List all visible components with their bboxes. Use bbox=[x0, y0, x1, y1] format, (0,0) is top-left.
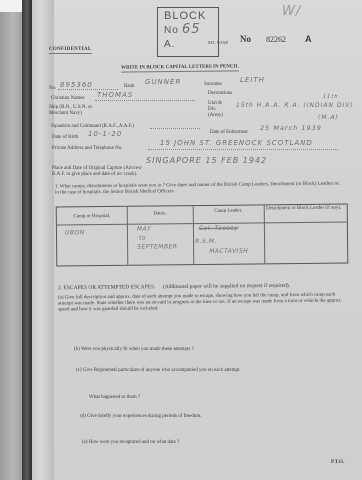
decorations-label: Decorations bbox=[208, 91, 232, 97]
block-number: 65 bbox=[182, 22, 201, 37]
enlistment-note: (M.A) bbox=[318, 114, 339, 121]
row-date-end: SEPTEMBER bbox=[137, 243, 178, 250]
surname-value: LEITH bbox=[240, 76, 265, 84]
classification: CONFIDENTIAL bbox=[49, 47, 92, 54]
corner-mark: W/ bbox=[282, 4, 301, 19]
camps-table: Camp or Hospital. Dates. Camp Leader. De… bbox=[56, 203, 349, 266]
row-leader-rank: R.S.M. bbox=[195, 238, 217, 245]
block-stamp: BLOCK No A. 65 bbox=[157, 7, 219, 57]
surname-label: Surname bbox=[204, 82, 222, 88]
address-label: Private Address and Telephone No. bbox=[52, 146, 123, 152]
enlistment-value: 25 March 1939 bbox=[260, 124, 322, 132]
pto-label: P.T.O. bbox=[331, 460, 344, 466]
escape-question-c2: What happened to them ? bbox=[89, 395, 140, 401]
section2-title: 2. ESCAPES OR ATTEMPTED ESCAPES. bbox=[58, 284, 156, 291]
unit-value: 15th H.A.A. R.A. (INDIAN DIV) bbox=[236, 102, 354, 109]
escape-question-c: (c) Give Regimental particulars of anyon… bbox=[76, 368, 241, 374]
binder-fold bbox=[32, 0, 54, 480]
row-leader-name: MACTAVISH bbox=[209, 248, 248, 255]
row-leader-struck: Col. Toosey bbox=[199, 225, 239, 232]
unit-label: Unit & Div. (Army) bbox=[208, 101, 230, 119]
escape-question-e: (e) How were you recaptured and on what … bbox=[82, 440, 179, 446]
dob-label: Date of Birth bbox=[52, 135, 78, 141]
number-label: No bbox=[240, 36, 251, 42]
form-suffix: A bbox=[305, 36, 312, 42]
form-code: M.I. 9/JAP. bbox=[208, 40, 229, 46]
escape-question-b: (b) Were you physically fit when you mad… bbox=[74, 347, 194, 353]
row-camp: UBON bbox=[65, 229, 85, 236]
no-label: No. bbox=[49, 86, 56, 92]
escape-question-d: (d) Give briefly your experiences during… bbox=[80, 414, 201, 420]
instruction: WRITE IN BLOCK CAPITAL LETTERS IN PENCIL bbox=[121, 64, 239, 72]
rank-value: GUNNER bbox=[145, 78, 181, 86]
col-header-camp: Camp or Hospital. bbox=[57, 214, 127, 220]
christian-names-value: THOMAS bbox=[97, 91, 133, 99]
address-value: 15 JOHN ST. GREENOCK SCOTLAND bbox=[160, 139, 313, 147]
left-page-edge bbox=[0, 0, 22, 480]
rank-label: Rank bbox=[124, 84, 135, 90]
capture-label: Place and Date of Original Capture (Airc… bbox=[52, 166, 142, 178]
unit-superscript: 11th bbox=[323, 94, 339, 100]
row-date-start: MAY bbox=[137, 226, 152, 233]
ship-label: Ship (R.N., U.S.N. or Merchant Navy) bbox=[49, 105, 97, 117]
col-header-dates: Dates. bbox=[127, 211, 193, 217]
no-value: 895360 bbox=[60, 81, 93, 89]
escape-question-a: (a) Give full description and approx. da… bbox=[58, 292, 348, 313]
col-header-detachment: Detachment or Block Leader (if any). bbox=[264, 206, 344, 212]
christian-names-label: Christian Names bbox=[51, 96, 84, 102]
form-number: 82262 bbox=[266, 37, 286, 43]
enlistment-label: Date of Enlistment bbox=[210, 130, 248, 136]
dob-value: 10-1-20 bbox=[88, 130, 122, 138]
stamp-block-label: BLOCK bbox=[164, 10, 206, 22]
stamp-no-label: No bbox=[164, 25, 179, 36]
binder-spine bbox=[22, 0, 32, 480]
row-date-to: to bbox=[139, 235, 146, 242]
capture-value: SINGAPORE 15 FEB 1942 bbox=[146, 156, 267, 165]
stamp-a-label: A. bbox=[164, 39, 175, 50]
col-header-leader: Camp Leader. bbox=[193, 208, 264, 214]
